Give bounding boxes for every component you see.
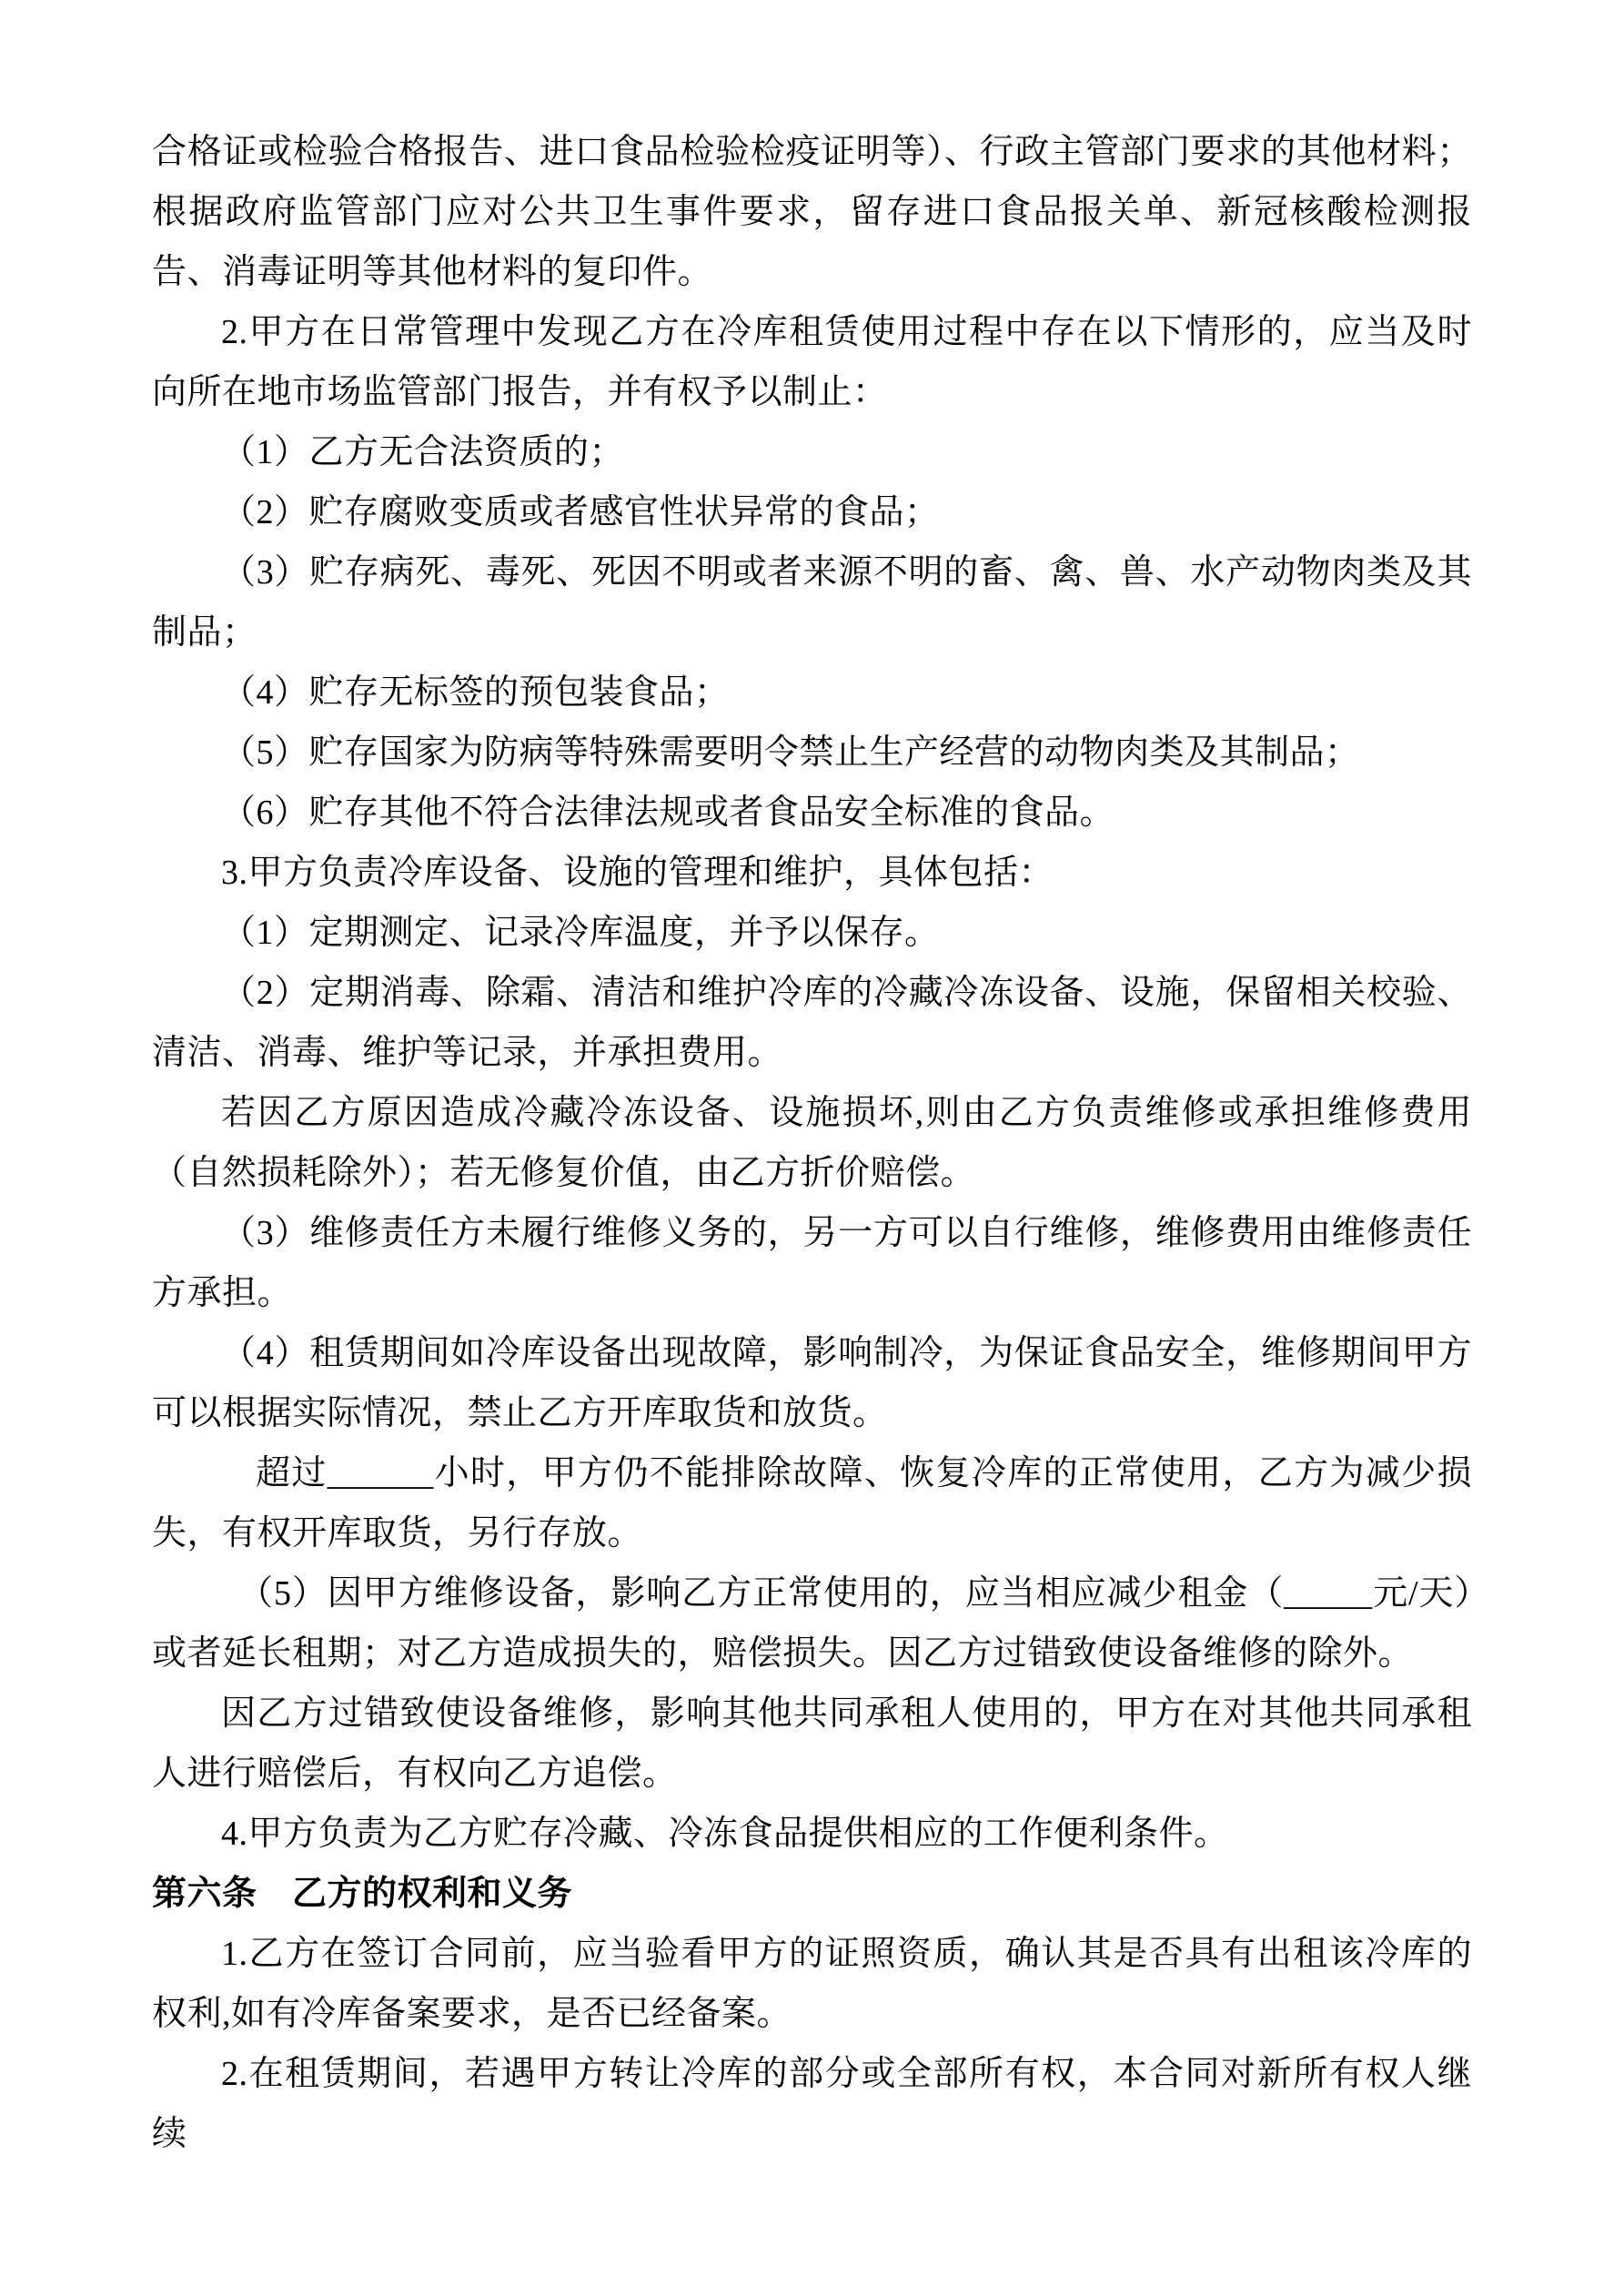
maintenance-item-4: （4）租赁期间如冷库设备出现故障，影响制冷，为保证食品安全，维修期间甲方可以根据…	[152, 1323, 1472, 1443]
party-b-clause-1: 1.乙方在签订合同前，应当验看甲方的证照资质，确认其是否具有出租该冷库的权利,如…	[152, 1924, 1472, 2044]
prohibited-item-2: （2）贮存腐败变质或者感官性状异常的食品；	[152, 482, 1472, 542]
party-a-clause-2: 2.甲方在日常管理中发现乙方在冷库租赁使用过程中存在以下情形的，应当及时向所在地…	[152, 302, 1472, 422]
document-page: 合格证或检验合格报告、进口食品检验检疫证明等）、行政主管部门要求的其他材料；根据…	[0, 0, 1624, 2296]
maintenance-item-5-recourse: 因乙方过错致使设备维修，影响其他共同承租人使用的，甲方在对其他共同承租人进行赔偿…	[152, 1684, 1472, 1804]
maintenance-item-2: （2）定期消毒、除霜、清洁和维护冷库的冷藏冷冻设备、设施，保留相关校验、清洁、消…	[152, 963, 1472, 1083]
maintenance-item-3: （3）维修责任方未履行维修义务的，另一方可以自行维修，维修费用由维修责任方承担。	[152, 1203, 1472, 1323]
maintenance-damage-liability: 若因乙方原因造成冷藏冷冻设备、设施损坏,则由乙方负责维修或承担维修费用（自然损耗…	[152, 1083, 1472, 1203]
clause-continuation-materials: 合格证或检验合格报告、进口食品检验检疫证明等）、行政主管部门要求的其他材料；根据…	[152, 122, 1472, 302]
party-a-clause-3: 3.甲方负责冷库设备、设施的管理和维护，具体包括：	[152, 843, 1472, 903]
prohibited-item-6: （6）贮存其他不符合法律法规或者食品安全标准的食品。	[152, 783, 1472, 843]
party-b-clause-2: 2.在租赁期间，若遇甲方转让冷库的部分或全部所有权，本合同对新所有权人继续	[152, 2044, 1472, 2164]
document-body: 合格证或检验合格报告、进口食品检验检疫证明等）、行政主管部门要求的其他材料；根据…	[152, 122, 1472, 2164]
prohibited-item-5: （5）贮存国家为防病等特殊需要明令禁止生产经营的动物肉类及其制品；	[152, 723, 1472, 783]
maintenance-item-5: （5）因甲方维修设备，影响乙方正常使用的，应当相应减少租金（_____元/天）或…	[152, 1563, 1472, 1684]
maintenance-item-1: （1）定期测定、记录冷库温度，并予以保存。	[152, 903, 1472, 963]
party-a-clause-4: 4.甲方负责为乙方贮存冷藏、冷冻食品提供相应的工作便利条件。	[152, 1804, 1472, 1864]
prohibited-item-4: （4）贮存无标签的预包装食品；	[152, 663, 1472, 723]
prohibited-item-3: （3）贮存病死、毒死、死因不明或者来源不明的畜、禽、兽、水产动物肉类及其制品；	[152, 542, 1472, 663]
maintenance-item-4-overtime: 超过______小时，甲方仍不能排除故障、恢复冷库的正常使用，乙方为减少损失，有…	[152, 1443, 1472, 1563]
article-6-heading: 第六条 乙方的权利和义务	[152, 1864, 1472, 1924]
prohibited-item-1: （1）乙方无合法资质的；	[152, 422, 1472, 482]
